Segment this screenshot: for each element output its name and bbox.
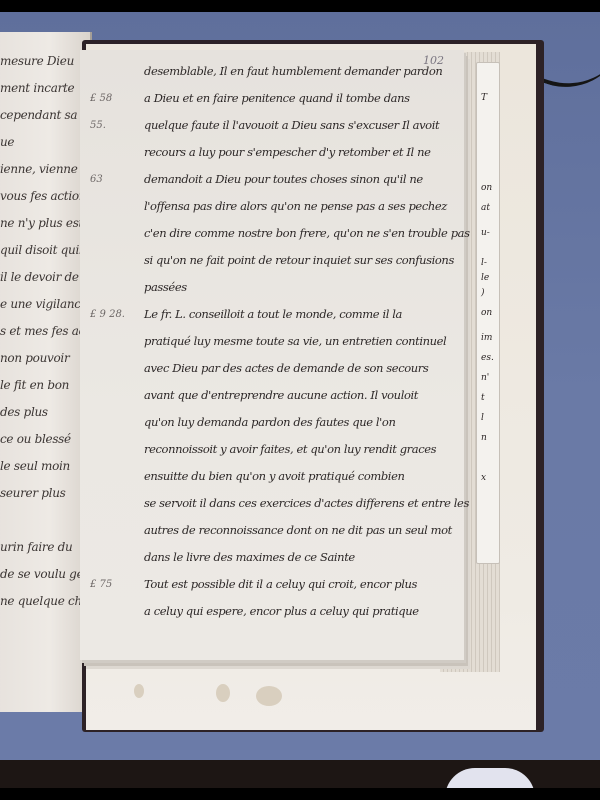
manuscript-line: demandoit a Dieu pour toutes choses sino… <box>144 172 423 186</box>
manuscript-line: quelque faute il l'avouoit a Dieu sans s… <box>144 118 439 132</box>
left-page-line: non pouvoir <box>0 351 69 365</box>
tab-letter: T <box>481 93 487 103</box>
margin-reference: 55. <box>90 120 106 131</box>
manuscript-line: dans le livre des maximes de ce Sainte <box>144 550 355 564</box>
left-page-line: urin faire du <box>0 540 72 554</box>
tab-letter: le <box>481 273 489 283</box>
margin-reference: £ 75 <box>90 579 112 590</box>
left-page-line: ue <box>0 135 14 149</box>
tab-letter: n' <box>481 373 489 383</box>
left-page-line: seurer plus <box>0 486 65 500</box>
left-page-line: cependant sa <box>0 108 77 122</box>
tab-letter: on <box>481 183 492 193</box>
tab-letter: at <box>481 203 490 213</box>
margin-reference: £ 9 28. <box>90 309 125 320</box>
manuscript-photo: mesure Dieument incartecependant saueien… <box>0 12 600 788</box>
left-page-line: ienne, vienne <box>0 162 78 176</box>
tab-letter: l <box>481 413 484 423</box>
manuscript-line: l'offensa pas dire alors qu'on ne pense … <box>144 199 447 213</box>
left-page-line: ne quelque cho <box>0 594 89 608</box>
tab-letter: im <box>481 333 492 343</box>
tab-letter: es. <box>481 353 494 363</box>
manuscript-line: pratiqué luy mesme toute sa vie, un entr… <box>144 334 446 348</box>
index-tab-strip: Tonatu-l-le)onimes.n'tlnx <box>476 62 500 564</box>
manuscript-line: avant que d'entreprendre aucune action. … <box>144 388 418 402</box>
paper-damage <box>216 684 230 702</box>
left-page-line: le seul moin <box>0 459 70 473</box>
manuscript-line: avec Dieu par des actes de demande de so… <box>144 361 428 375</box>
left-page-line: quil disoit quil <box>0 243 83 257</box>
tab-letter: on <box>481 308 492 318</box>
manuscript-line: si qu'on ne fait point de retour inquiet… <box>144 253 454 267</box>
manuscript-line: a celuy qui espere, encor plus a celuy q… <box>144 604 419 618</box>
paper-damage <box>256 686 282 706</box>
paper-damage <box>134 684 144 698</box>
right-page: 102 desemblable, Il en faut humblement d… <box>80 50 464 660</box>
manuscript-line: recours a luy pour s'empescher d'y retom… <box>144 145 431 159</box>
left-page-line: e une vigilance <box>0 297 87 311</box>
tab-letter: l- <box>481 258 487 268</box>
manuscript-line: Tout est possible dit il a celuy qui cro… <box>144 577 417 591</box>
manuscript-line: passées <box>144 280 187 294</box>
left-page-line: le fit en bon <box>0 378 69 392</box>
tab-letter: x <box>481 473 486 483</box>
margin-reference: £ 58 <box>90 93 112 104</box>
manuscript-line: reconnoissoit y avoir faites, et qu'on l… <box>144 442 436 456</box>
left-page: mesure Dieument incartecependant saueien… <box>0 32 92 712</box>
left-page-line: vous fes actions <box>0 189 92 203</box>
manuscript-line: qu'on luy demanda pardon des fautes que … <box>144 415 395 429</box>
manuscript-line: ensuitte du bien qu'on y avoit pratiqué … <box>144 469 405 483</box>
tab-letter: u- <box>481 228 490 238</box>
manuscript-line: se servoit il dans ces exercices d'actes… <box>144 496 469 510</box>
manuscript-line: desemblable, Il en faut humblement deman… <box>144 64 442 78</box>
left-page-line: des plus <box>0 405 48 419</box>
manuscript-line: a Dieu et en faire penitence quand il to… <box>144 91 410 105</box>
left-page-line: ne n'y plus est <box>0 216 83 230</box>
left-page-line: ce ou blessé <box>0 432 71 446</box>
tab-letter: t <box>481 393 485 403</box>
tab-letter: ) <box>481 288 485 298</box>
manuscript-line: autres de reconnoissance dont on ne dit … <box>144 523 452 537</box>
manuscript-line: Le fr. L. conseilloit a tout le monde, c… <box>144 307 402 321</box>
margin-reference: 63 <box>90 174 103 185</box>
left-page-line: mesure Dieu <box>0 54 74 68</box>
tab-letter: n <box>481 433 487 443</box>
left-page-line: ment incarte <box>0 81 74 95</box>
manuscript-line: c'en dire comme nostre bon frere, qu'on … <box>144 226 470 240</box>
